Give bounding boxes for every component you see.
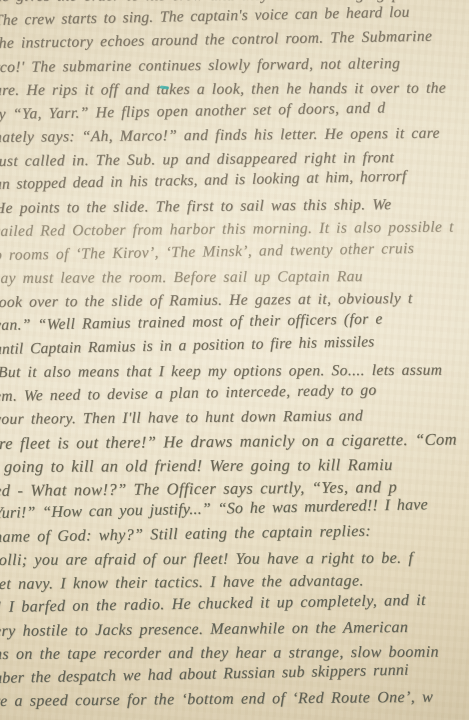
handwritten-line: re a speed course for the ‘bottom end of…: [0, 685, 469, 714]
handwritten-text-block: he gives the order to his crew and they …: [0, 0, 469, 714]
paper-page: he gives the order to his crew and they …: [0, 0, 469, 720]
handwritten-line: ery hostile to Jacks presence. Meanwhile…: [0, 614, 469, 643]
handwritten-line: rco!' The submarine continues slowly for…: [0, 50, 469, 79]
handwritten-line: ire fleet is out there!” He draws manicl…: [0, 426, 469, 455]
